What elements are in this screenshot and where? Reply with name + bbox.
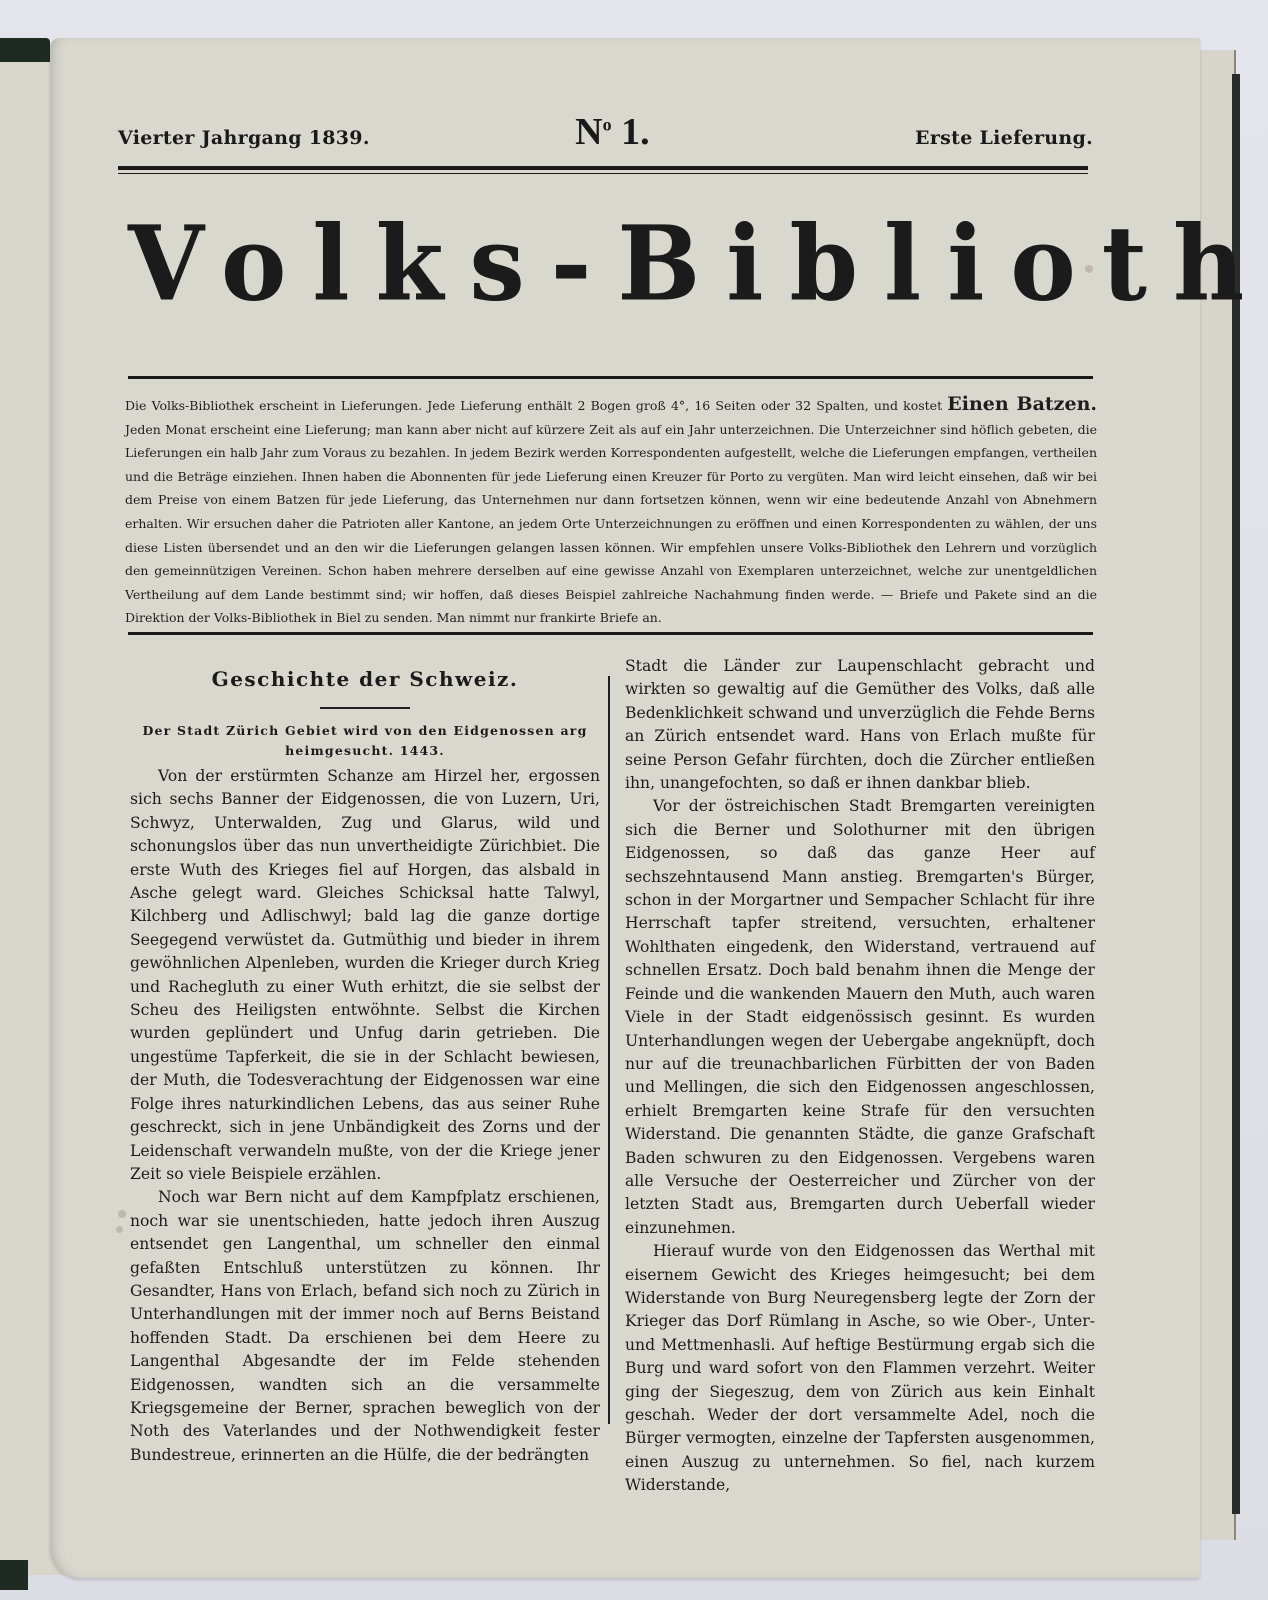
issue-header: Vierter Jahrgang 1839. No 1. Erste Liefe… [118, 110, 1093, 150]
masthead-title: Volks-Bibliothek. [128, 202, 1088, 328]
volume-year: Vierter Jahrgang 1839. [118, 127, 370, 149]
article-title: Geschichte der Schweiz. [130, 663, 600, 695]
issue-number: No 1. [575, 110, 649, 154]
paper-stain [1085, 265, 1093, 273]
paragraph: Stadt die Länder zur Laupenschlacht gebr… [625, 655, 1095, 795]
column-divider [608, 676, 610, 1424]
issue-number-sup: o [603, 114, 612, 134]
notice-rule [128, 632, 1093, 635]
book-cover-bottom [0, 1560, 28, 1590]
paper-stain [116, 1226, 123, 1233]
paper-stain [118, 1210, 126, 1218]
issue-number-value: 1. [621, 111, 650, 153]
notice-price: Einen Batzen. [947, 393, 1097, 415]
issue-number-prefix: N [575, 111, 602, 153]
article-column-right: Stadt die Länder zur Laupenschlacht gebr… [625, 655, 1095, 1498]
paragraph: Vor der östreichischen Stadt Bremgarten … [625, 795, 1095, 1240]
header-rule [118, 166, 1088, 174]
paragraph: Noch war Bern nicht auf dem Kampfplatz e… [130, 1186, 600, 1467]
delivery-label: Erste Lieferung. [915, 127, 1093, 149]
paragraph: Hierauf wurde von den Eidgenossen das We… [625, 1240, 1095, 1497]
article-column-left: Geschichte der Schweiz. Der Stadt Zürich… [130, 655, 600, 1467]
subscription-notice: Die Volks-Bibliothek erscheint in Liefer… [125, 393, 1097, 630]
article-subhead: Der Stadt Zürich Gebiet wird von den Eid… [130, 721, 600, 761]
book-cover-top [0, 38, 50, 62]
notice-text-intro: Die Volks-Bibliothek erscheint in Liefer… [125, 398, 942, 413]
paragraph: Von der erstürmten Schanze am Hirzel her… [130, 765, 600, 1186]
masthead-rule [128, 376, 1093, 379]
notice-text-body: Jeden Monat erscheint eine Lieferung; ma… [125, 422, 1097, 626]
title-rule [320, 707, 410, 709]
